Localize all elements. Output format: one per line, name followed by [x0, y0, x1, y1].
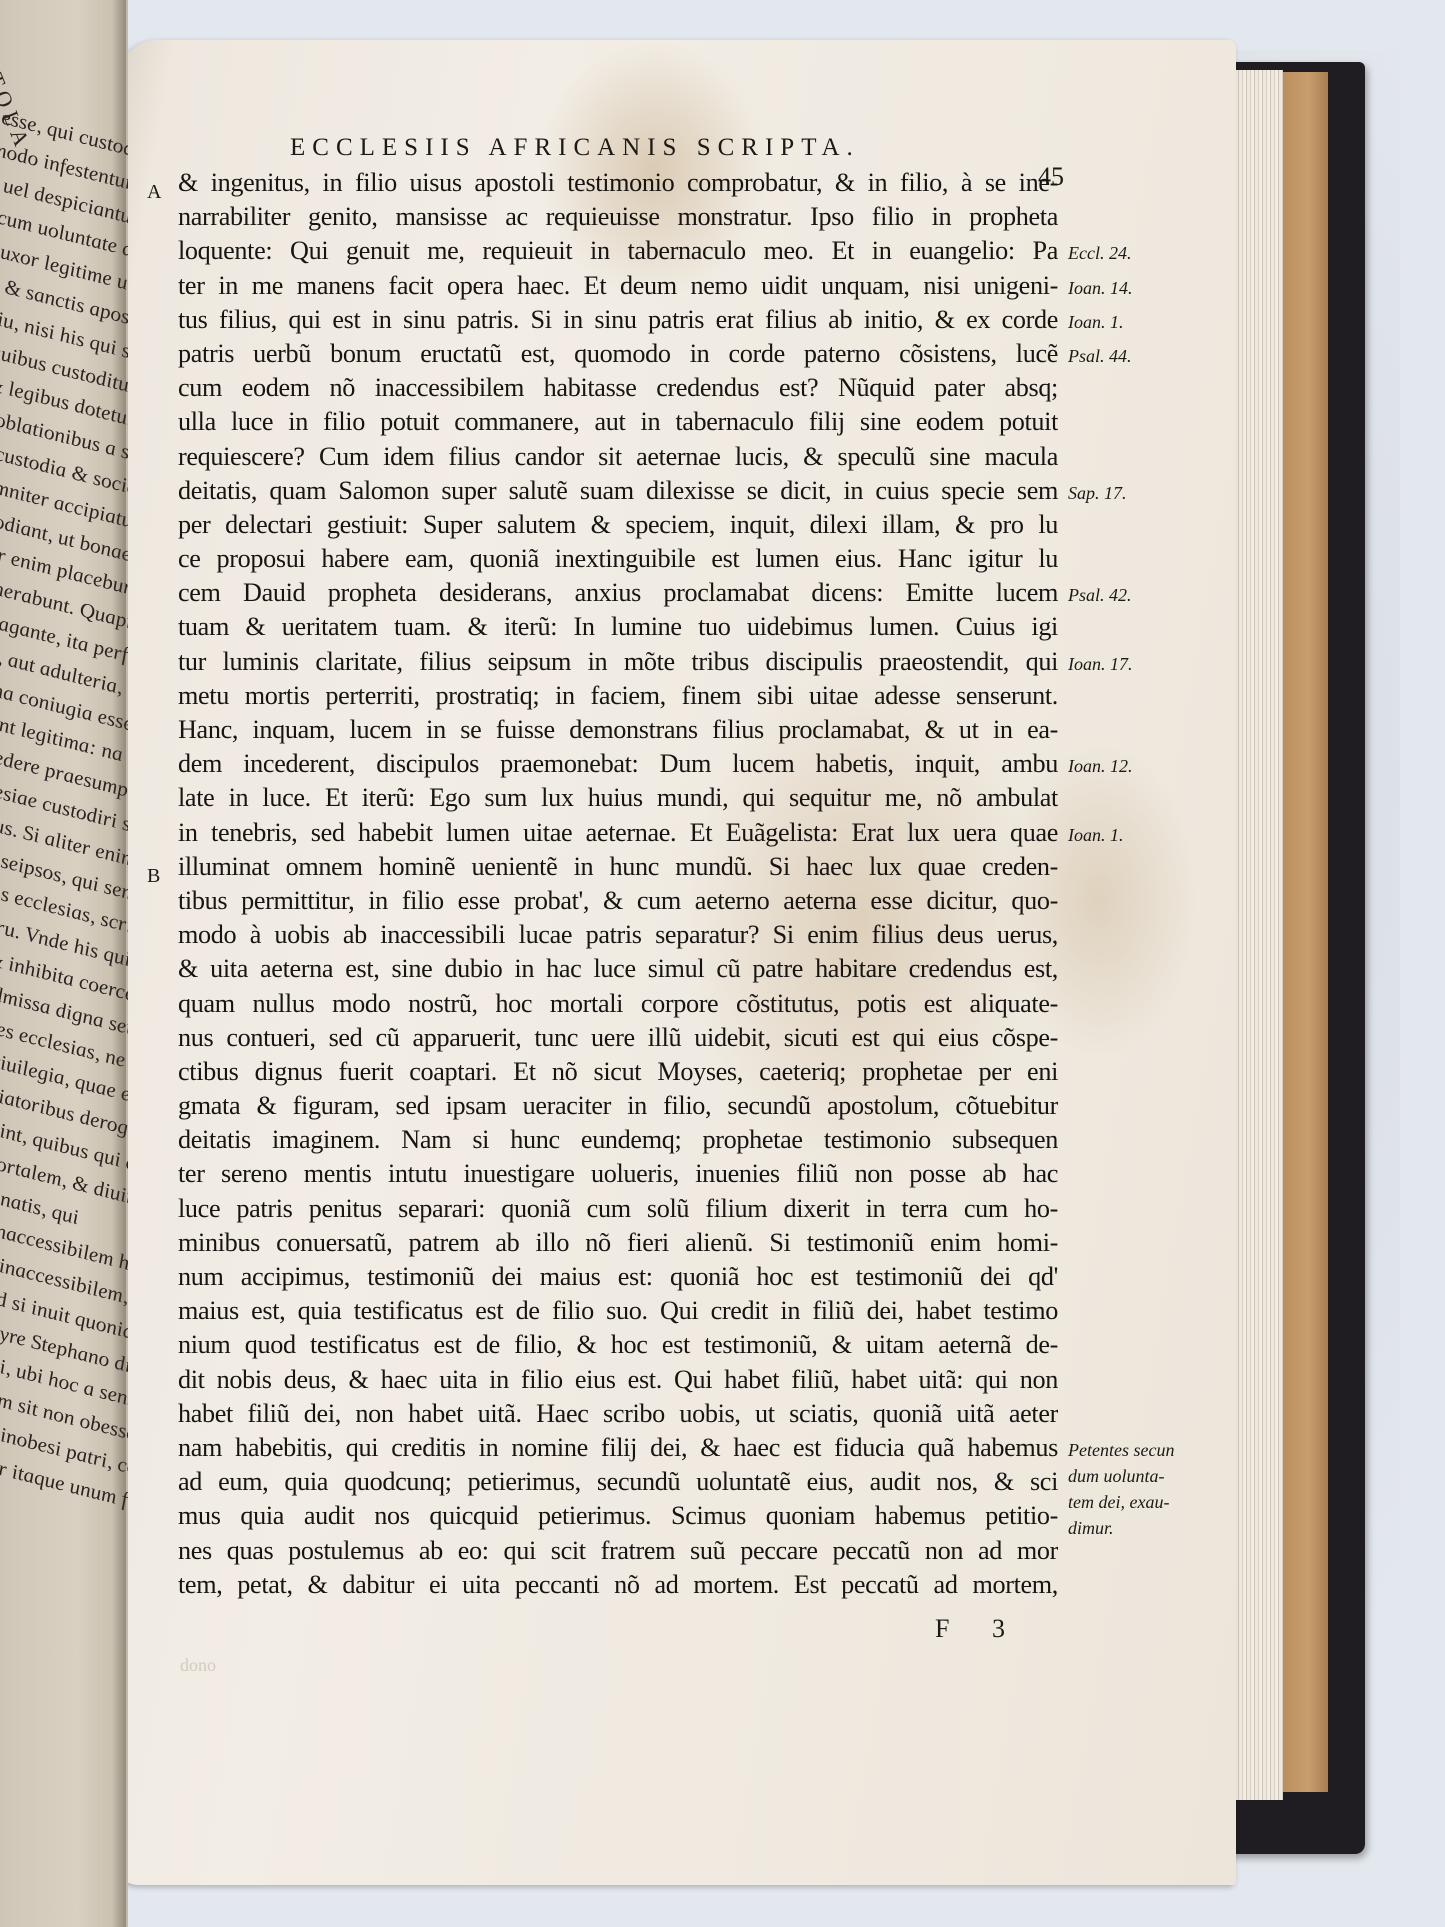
text-line: tur luminis claritate, filius seipsum in… — [178, 645, 1058, 679]
section-letter: B — [147, 865, 160, 888]
text-line: ctibus dignus fuerit coaptari. Et nõ sic… — [178, 1055, 1058, 1089]
margin-note: Ioan. 17. — [1068, 651, 1133, 677]
text-line: late in luce. Et iterũ: Ego sum lux huiu… — [178, 781, 1058, 815]
text-line: & uita aeterna est, sine dubio in hac lu… — [178, 952, 1058, 986]
text-line: minibus conuersatũ, patrem ab illo nõ fi… — [178, 1226, 1058, 1260]
margin-note: Psal. 42. — [1068, 582, 1132, 608]
margin-note-line: tem dei, exau- — [1068, 1489, 1174, 1515]
text-line: dit nobis deus, & haec uita in filio eiu… — [178, 1363, 1058, 1397]
text-line: nus contueri, sed cũ apparuerit, tunc ue… — [178, 1021, 1058, 1055]
text-line: num accipimus, testimoniũ dei maius est:… — [178, 1260, 1058, 1294]
text-line: narrabiliter genito, mansisse ac requieu… — [178, 200, 1058, 234]
margin-note: Ioan. 1. — [1068, 309, 1124, 335]
endpaper — [1280, 72, 1328, 1792]
text-line: loquente: Qui genuit me, requieuit in ta… — [178, 234, 1058, 268]
text-line: cum eodem nõ inaccessibilem habitasse cr… — [178, 371, 1058, 405]
text-line: cem Dauid propheta desiderans, anxius pr… — [178, 576, 1058, 610]
text-line: luce patris penitus separari: quoniã cum… — [178, 1192, 1058, 1226]
left-facing-page: ISTOLA peni esse, qui custodiaquomodo in… — [0, 0, 128, 1927]
text-line: tus filius, qui est in sinu patris. Si i… — [178, 303, 1058, 337]
text-line: tem, petat, & dabitur ei uita peccanti n… — [178, 1568, 1058, 1602]
text-line: ce proposui habere eam, quoniã inextingu… — [178, 542, 1058, 576]
text-line: in tenebris, sed habebit lumen uitae aet… — [178, 816, 1058, 850]
gutter-shadow — [112, 0, 126, 1927]
body-text: & ingenitus, in filio uisus apostoli tes… — [178, 166, 1058, 1602]
text-line: tuam & ueritatem tuam. & iterũ: In lumin… — [178, 610, 1058, 644]
text-line: ad eum, quia quodcunq; petierimus, secun… — [178, 1465, 1058, 1499]
margin-note: Sap. 17. — [1068, 480, 1127, 506]
text-line: ulla luce in filio potuit commanere, aut… — [178, 405, 1058, 439]
left-page-text: peni esse, qui custodiaquomodo infestent… — [0, 90, 128, 1526]
text-line: habet filiũ dei, non habet uitã. Haec sc… — [178, 1397, 1058, 1431]
text-line: deitatis, quam Salomon super salutẽ suam… — [178, 474, 1058, 508]
text-line: nam habebitis, qui creditis in nomine fi… — [178, 1431, 1058, 1465]
text-line: quam nullus modo nostrũ, hoc mortali cor… — [178, 987, 1058, 1021]
running-head: ECCLESIIS AFRICANIS SCRIPTA. — [290, 134, 860, 162]
text-line: deitatis imaginem. Nam si hunc eundemq; … — [178, 1123, 1058, 1157]
margin-note-line: Petentes secun — [1068, 1437, 1174, 1463]
text-line: per delectari gestiuit: Super salutem & … — [178, 508, 1058, 542]
margin-note: Ioan. 12. — [1068, 753, 1133, 779]
section-letter: A — [147, 181, 161, 204]
margin-note-line: dum uolunta- — [1068, 1463, 1174, 1489]
text-line: nium quod testificatus est de filio, & h… — [178, 1328, 1058, 1362]
text-line: patris uerbũ bonum eructatũ est, quomodo… — [178, 337, 1058, 371]
text-line: metu mortis perterriti, prostratiq; in f… — [178, 679, 1058, 713]
signature-mark: F 3 — [935, 1614, 1023, 1644]
margin-note: Ioan. 14. — [1068, 275, 1133, 301]
text-line: ter in me manens facit opera haec. Et de… — [178, 269, 1058, 303]
text-line: maius est, quia testificatus est de fili… — [178, 1294, 1058, 1328]
text-line: illuminat omnem hominẽ uenientẽ in hunc … — [178, 850, 1058, 884]
margin-note: Psal. 44. — [1068, 343, 1132, 369]
text-line: mus quia audit nos quicquid petierimus. … — [178, 1499, 1058, 1533]
text-line: ter sereno mentis intutu inuestigare uol… — [178, 1157, 1058, 1191]
text-line: gmata & figuram, sed ipsam ueraciter in … — [178, 1089, 1058, 1123]
text-line: nes quas postulemus ab eo: qui scit frat… — [178, 1534, 1058, 1568]
show-through-text: dono — [180, 1655, 216, 1676]
margin-note-line: dimur. — [1068, 1515, 1174, 1541]
text-line: dem incederent, discipulos praemonebat: … — [178, 747, 1058, 781]
margin-note: Ioan. 1. — [1068, 822, 1124, 848]
text-line: Hanc, inquam, lucem in se fuisse demonst… — [178, 713, 1058, 747]
text-line: modo à uobis ab inaccessibili lucae patr… — [178, 918, 1058, 952]
margin-note: Petentes secundum uolunta-tem dei, exau-… — [1068, 1437, 1174, 1541]
margin-note: Eccl. 24. — [1068, 240, 1131, 266]
text-line: requiescere? Cum idem filius candor sit … — [178, 440, 1058, 474]
text-line: & ingenitus, in filio uisus apostoli tes… — [178, 166, 1058, 200]
text-line: tibus permittitur, in filio esse probat'… — [178, 884, 1058, 918]
